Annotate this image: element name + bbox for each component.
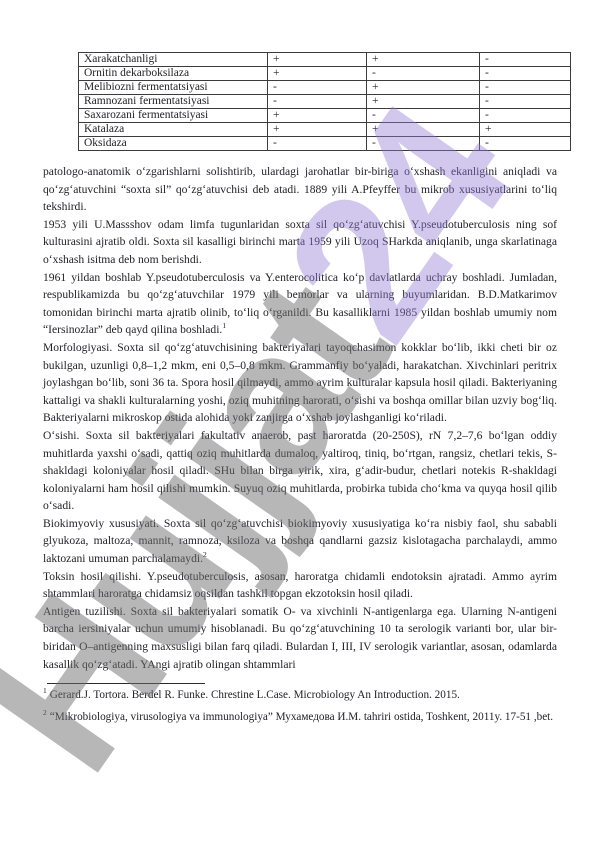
body-paragraph: 1961 yildan boshlab Y.pseudotuberculosis… [43, 269, 557, 339]
table-row: Melibiozni fermentatsiyasi - + - [79, 81, 571, 95]
body-paragraph: Toksin hosil qilishi. Y.pseudotuberculos… [43, 568, 557, 603]
row-value: - [480, 137, 571, 151]
table-row: Oksidaza - - - [79, 137, 571, 151]
body-paragraph: patologo-anatomik o‘zgarishlarni solisht… [43, 163, 557, 216]
row-label: Ornitin dekarboksilaza [79, 67, 268, 81]
body-paragraph: Biokimyoviy xususiyati. Soxta sil qo‘zg‘… [43, 515, 557, 568]
paragraph-text: Morfologiyasi. Soxta sil qo‘zg‘atuvchisi… [43, 341, 557, 424]
row-value: - [268, 137, 367, 151]
row-value: + [367, 81, 480, 95]
paragraph-text: patologo-anatomik o‘zgarishlarni solisht… [43, 165, 557, 213]
footnote-1: 1Gerard.J. Tortora. Berdel R. Funke. Chr… [43, 688, 557, 703]
footnotes: 1Gerard.J. Tortora. Berdel R. Funke. Chr… [43, 683, 557, 724]
row-value: - [480, 95, 571, 109]
footnote-marker: 1 [43, 686, 47, 695]
row-value: - [480, 109, 571, 123]
table-row: Katalaza + + + [79, 123, 571, 137]
row-label: Melibiozni fermentatsiyasi [79, 81, 268, 95]
row-value: + [367, 53, 480, 67]
table-row: Ornitin dekarboksilaza + - - [79, 67, 571, 81]
body-paragraph: Morfologiyasi. Soxta sil qo‘zg‘atuvchisi… [43, 339, 557, 427]
row-value: - [268, 81, 367, 95]
row-value: + [367, 95, 480, 109]
footnote-marker: 2 [43, 708, 47, 717]
row-value: - [367, 137, 480, 151]
body-paragraph: O‘sishi. Soxta sil bakteriyalari fakulta… [43, 427, 557, 515]
row-label: Saxarozani fermentatsiyasi [79, 109, 268, 123]
body-paragraph: 1953 yili U.Massshov odam limfa tugunlar… [43, 216, 557, 269]
footnote-text: Gerard.J. Tortora. Berdel R. Funke. Chre… [50, 689, 460, 701]
row-label: Xarakatchanligi [79, 53, 268, 67]
paragraph-text: Toksin hosil qilishi. Y.pseudotuberculos… [43, 570, 557, 601]
row-value: - [367, 109, 480, 123]
row-label: Ramnozani fermentatsiyasi [79, 95, 268, 109]
page-content: Xarakatchanligi + + - Ornitin dekarboksi… [43, 52, 557, 731]
row-value: - [268, 95, 367, 109]
row-label: Oksidaza [79, 137, 268, 151]
footnote-separator [47, 683, 205, 684]
body-paragraph: Antigen tuzilishi. Soxta sil bakteriyala… [43, 603, 557, 673]
footnote-text: “Mikrobiologiya, virusologiya va immunol… [50, 711, 553, 723]
row-value: + [268, 109, 367, 123]
footnote-2: 2“Mikrobiologiya, virusologiya va immuno… [43, 710, 557, 725]
table-row: Saxarozani fermentatsiyasi + - - [79, 109, 571, 123]
row-value: + [268, 67, 367, 81]
table-row: Ramnozani fermentatsiyasi - + - [79, 95, 571, 109]
body-text: patologo-anatomik o‘zgarishlarni solisht… [43, 163, 557, 673]
paragraph-text: O‘sishi. Soxta sil bakteriyalari fakulta… [43, 429, 557, 512]
row-value: + [268, 123, 367, 137]
row-value: - [480, 67, 571, 81]
table-row: Xarakatchanligi + + - [79, 53, 571, 67]
row-value: - [367, 67, 480, 81]
paragraph-text: Antigen tuzilishi. Soxta sil bakteriyala… [43, 605, 557, 671]
row-value: + [268, 53, 367, 67]
row-label: Katalaza [79, 123, 268, 137]
biochemical-properties-table: Xarakatchanligi + + - Ornitin dekarboksi… [78, 52, 571, 151]
document-page: Xarakatchanligi + + - Ornitin dekarboksi… [0, 0, 596, 842]
footnote-reference: 1 [222, 321, 226, 330]
row-value: + [480, 123, 571, 137]
paragraph-text: 1961 yildan boshlab Y.pseudotuberculosis… [43, 271, 557, 337]
row-value: - [480, 53, 571, 67]
paragraph-text: Biokimyoviy xususiyati. Soxta sil qo‘zg‘… [43, 517, 557, 565]
paragraph-text: 1953 yili U.Massshov odam limfa tugunlar… [43, 218, 557, 266]
row-value: + [367, 123, 480, 137]
footnote-reference: 2 [203, 550, 207, 559]
row-value: - [480, 81, 571, 95]
